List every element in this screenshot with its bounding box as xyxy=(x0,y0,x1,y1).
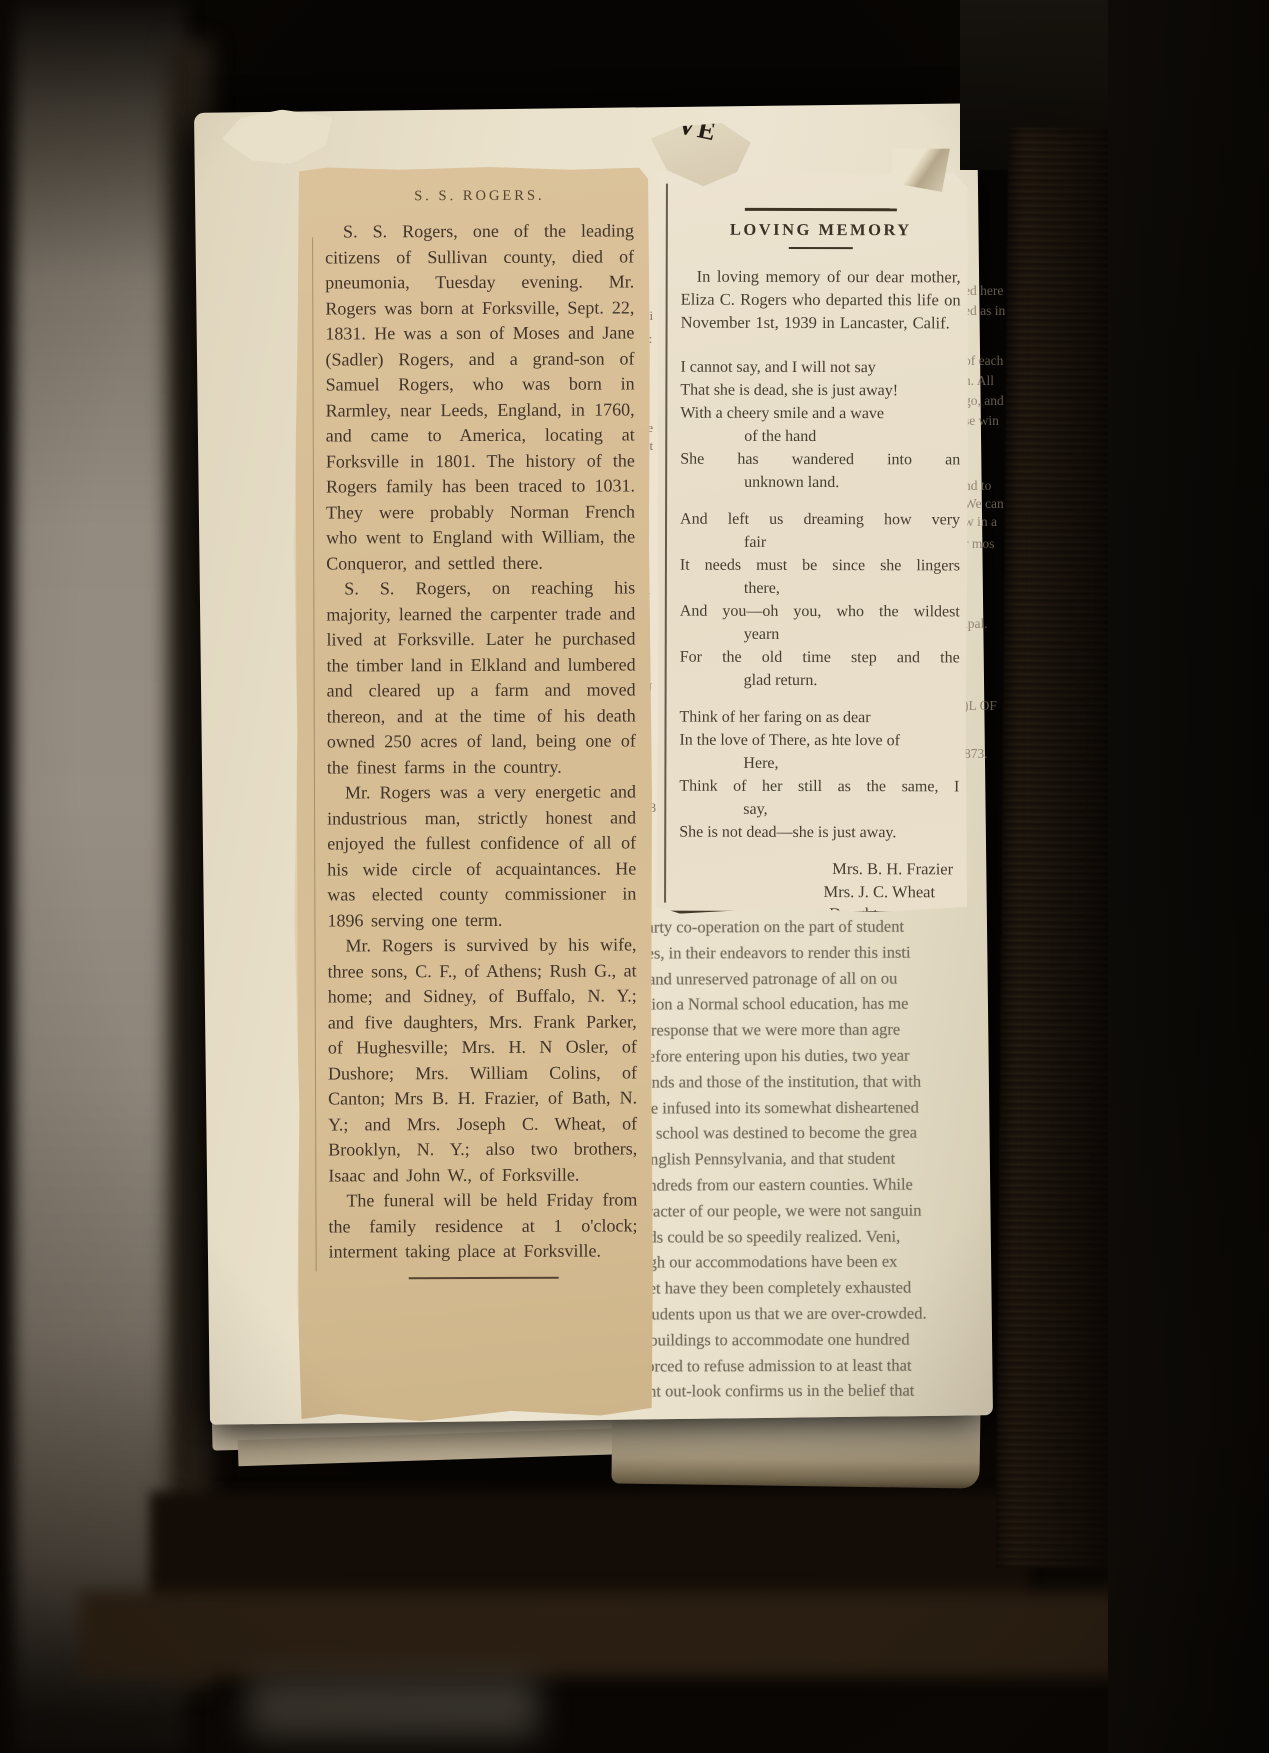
book-text-line: iends and those of the institution, that… xyxy=(640,1068,938,1095)
poem-stanza: I cannot say, and I will not sayThat she… xyxy=(680,356,960,495)
poem-stanza: And left us dreaming how veryfairIt need… xyxy=(680,508,960,693)
poem-line: I cannot say, and I will not say xyxy=(680,356,960,380)
poem-line: It needs must be since she lingers xyxy=(680,554,960,578)
poem-line: Think of her still as the same, I xyxy=(679,775,959,799)
poem-line: say, xyxy=(679,798,959,822)
poem-line: She is not dead—she is just away. xyxy=(679,821,959,845)
poem-line: And left us dreaming how very xyxy=(680,508,960,532)
signature-line: Mrs. B. H. Frazier xyxy=(679,858,959,881)
text-fragment: )L OF xyxy=(964,698,997,714)
text-fragment: 873. xyxy=(964,746,988,758)
memorial-title: LOVING MEMORY xyxy=(681,220,961,241)
scrapbook-photo: earty co-operation on the part of studen… xyxy=(0,0,1269,1753)
book-text-line: l and unreserved patronage of all on ou xyxy=(639,965,937,992)
poem-line: That she is dead, she is just away! xyxy=(680,379,960,403)
signature-line: Mrs. J. C. Wheat xyxy=(679,880,959,903)
poem-line: glad return. xyxy=(680,669,960,693)
poem-line: yearn xyxy=(680,623,960,647)
poem-line: And you—oh you, who the wildest xyxy=(680,600,960,624)
poem-line: fair xyxy=(680,531,960,555)
book-text-line: nds could be so speedily realized. Veni, xyxy=(640,1223,938,1250)
poem-line: Here, xyxy=(679,752,959,776)
text-fragment: go, and xyxy=(964,393,1004,409)
book-text-line: earty co-operation on the part of studen… xyxy=(639,913,937,940)
book-text-line: ees, in their endeavors to render this i… xyxy=(639,939,937,966)
column-rule xyxy=(312,238,317,1272)
obituary-paragraph: S. S. Rogers, on reaching his majority, … xyxy=(326,575,636,780)
headline-rule-bottom xyxy=(789,247,853,249)
book-text-line: ation a Normal school education, has me xyxy=(639,991,937,1018)
book-text-line: yet have they been completely exhausted xyxy=(640,1275,938,1302)
text-fragment: r mos xyxy=(964,536,994,552)
text-fragment: ed here xyxy=(964,283,1003,299)
obituary-paragraph: S. S. Rogers, one of the leading citizen… xyxy=(325,218,635,576)
end-of-article-rule xyxy=(408,1276,558,1279)
photo-right-border xyxy=(1108,0,1269,1753)
book-text-line: al school was destined to become the gre… xyxy=(640,1120,938,1147)
poem-line: For the old time step and the xyxy=(680,646,960,670)
text-fragment: ipal. xyxy=(964,616,988,632)
book-text-line: forced to refuse admission to at least t… xyxy=(641,1352,939,1379)
book-page-text: earty co-operation on the part of studen… xyxy=(639,913,939,1408)
poem-line: unknown land. xyxy=(680,471,960,495)
headline-rule-top xyxy=(745,208,897,211)
book-text-line: English Pennsylvania, and that student xyxy=(640,1146,938,1173)
poem-line: of the hand xyxy=(680,425,960,449)
book-text-line: ise infused into its somewhat dishearten… xyxy=(640,1094,938,1121)
column-rule xyxy=(664,184,668,903)
text-fragment: of each xyxy=(964,353,1003,369)
text-fragment: se win xyxy=(964,413,999,429)
obituary-clipping: S. S. ROGERS. S. S. Rogers, one of the l… xyxy=(292,166,654,1421)
poem-line: In the love of There, as hte love of xyxy=(679,729,959,753)
text-fragment: nd to xyxy=(964,478,991,494)
obituary-paragraph: Mr. Rogers was a very energetic and indu… xyxy=(327,779,637,933)
obituary-paragraph: Mr. Rogers is survived by his wife, thre… xyxy=(327,932,637,1188)
book-bottom-band xyxy=(80,1592,1120,1677)
poem-line: there, xyxy=(680,577,960,601)
memorial-clipping: LOVING MEMORY In loving memory of our de… xyxy=(655,172,969,915)
text-fragment: n. All xyxy=(964,373,994,389)
book-edge-left-blur xyxy=(14,0,186,1753)
book-text-line: ; buildings to accommodate one hundred xyxy=(641,1326,939,1353)
poem-line: With a cheery smile and a wave xyxy=(680,402,960,426)
obituary-paragraph: The funeral will be held Friday from the… xyxy=(328,1187,637,1265)
book-text-line: students upon us that we are over-crowde… xyxy=(640,1300,938,1327)
text-fragment: We can xyxy=(964,496,1004,512)
book-text-line: ugh our accommodations have been ex xyxy=(640,1249,938,1276)
poem-line: Think of her faring on as dear xyxy=(680,706,960,730)
text-fragment: ed as in xyxy=(964,303,1005,319)
book-text-line: ent out-look confirms us in the belief t… xyxy=(641,1378,939,1405)
obituary-title: S. S. ROGERS. xyxy=(325,186,634,205)
book-bottom-cover xyxy=(150,1492,1030,1607)
book-text-line: aracter of our people, we were not sangu… xyxy=(640,1197,938,1224)
bottom-light-patch xyxy=(248,1676,538,1738)
book-text-line: undreds from our eastern counties. While xyxy=(640,1171,938,1198)
book-text-line: a response that we were more than agre xyxy=(639,1017,937,1044)
poem-line: She has wandered into an xyxy=(680,448,960,472)
memorial-intro: In loving memory of our dear mother, Eli… xyxy=(681,265,961,335)
poem-stanza: Think of her faring on as dearIn the lov… xyxy=(679,706,959,845)
book-text-line: before entering upon his duties, two yea… xyxy=(640,1042,938,1069)
text-fragment: w in a xyxy=(964,514,997,530)
